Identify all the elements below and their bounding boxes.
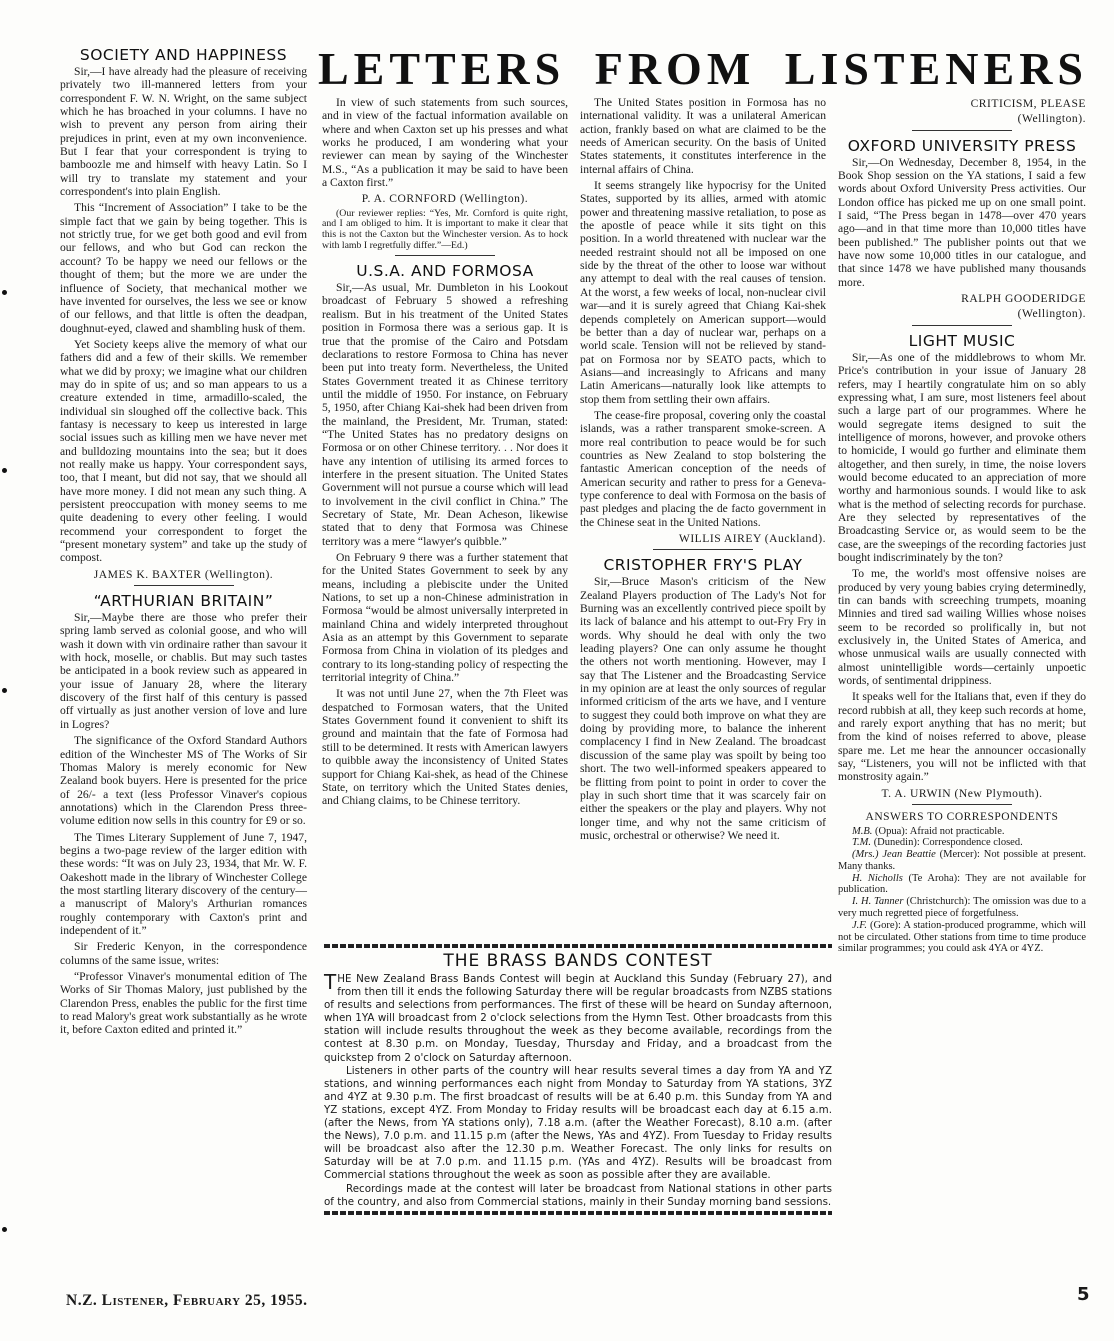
letter-heading-fry: CRISTOPHER FRY'S PLAY bbox=[580, 556, 826, 574]
answers-heading: ANSWERS TO CORRESPONDENTS bbox=[838, 811, 1086, 824]
letter-paragraph: Sir,—I have already had the pleasure of … bbox=[60, 65, 307, 198]
notice-paragraph: Listeners in other parts of the country … bbox=[324, 1065, 832, 1183]
answer-item: M.B. (Opua): Afraid not practicable. bbox=[838, 826, 1086, 838]
letter-paragraph: Sir,—Maybe there are those who prefer th… bbox=[60, 611, 307, 731]
letter-paragraph: Sir,—As one of the middlebrows to whom M… bbox=[838, 351, 1086, 565]
letter-paragraph: Sir,—As usual, Mr. Dumbleton in his Look… bbox=[322, 281, 568, 548]
letter-paragraph: The United States position in Formosa ha… bbox=[580, 96, 826, 176]
page-number: 5 bbox=[1077, 1284, 1090, 1305]
binding-mark bbox=[2, 290, 7, 295]
column-1: SOCIETY AND HAPPINESS Sir,—I have alread… bbox=[60, 44, 307, 1040]
letter-paragraph: The cease-fire proposal, covering only t… bbox=[580, 409, 826, 529]
answer-item: (Mrs.) Jean Beattie (Mercer): Not possib… bbox=[838, 849, 1086, 873]
letter-signature-place: (Wellington). bbox=[838, 112, 1086, 125]
letter-signature: CRITICISM, PLEASE bbox=[838, 97, 1086, 110]
letter-paragraph: Sir Frederic Kenyon, in the corresponden… bbox=[60, 940, 307, 967]
letter-paragraph: In view of such statements from such sou… bbox=[322, 96, 568, 189]
column-3: The United States position in Formosa ha… bbox=[580, 96, 826, 845]
letter-signature-place: (Wellington). bbox=[838, 307, 1086, 320]
publication-name: N.Z. Listener, bbox=[66, 1292, 169, 1309]
answer-item: H. Nicholls (Te Aroha): They are not ava… bbox=[838, 873, 1086, 897]
answer-item: T.M. (Dunedin): Correspondence closed. bbox=[838, 837, 1086, 849]
drop-cap: T bbox=[324, 976, 336, 989]
issue-date: February 25, 1955. bbox=[173, 1292, 307, 1309]
letter-paragraph: To me, the world's most offensive noises… bbox=[838, 567, 1086, 687]
wavy-rule-top bbox=[324, 944, 832, 948]
letter-heading-light-music: LIGHT MUSIC bbox=[838, 332, 1086, 350]
divider bbox=[653, 549, 753, 550]
masthead-title: LETTERS FROM LISTENERS bbox=[318, 44, 1088, 94]
letter-heading-arthurian: “ARTHURIAN BRITAIN” bbox=[60, 592, 307, 610]
letter-paragraph: Sir,—Bruce Mason's criticism of the New … bbox=[580, 575, 826, 842]
page-footer: N.Z. Listener, February 25, 1955. bbox=[66, 1292, 308, 1310]
wavy-rule-bottom bbox=[324, 1211, 832, 1215]
letter-paragraph: The significance of the Oxford Standard … bbox=[60, 734, 307, 827]
letter-signature: JAMES K. BAXTER (Wellington). bbox=[60, 568, 307, 581]
newspaper-page: LETTERS FROM LISTENERS SOCIETY AND HAPPI… bbox=[0, 0, 1114, 1341]
letter-signature: RALPH GOODERIDGE bbox=[838, 292, 1086, 305]
answer-item: I. H. Tanner (Christchurch): The omissio… bbox=[838, 896, 1086, 920]
notice-paragraph: THE New Zealand Brass Bands Contest will… bbox=[324, 973, 832, 1065]
masthead-word: LISTENERS bbox=[785, 44, 1088, 94]
masthead-word: LETTERS bbox=[318, 44, 565, 94]
letter-signature: P. A. CORNFORD (Wellington). bbox=[322, 192, 568, 205]
binding-mark bbox=[2, 468, 7, 473]
letter-heading-formosa: U.S.A. AND FORMOSA bbox=[322, 262, 568, 280]
divider bbox=[912, 804, 1012, 805]
letter-paragraph: This “Increment of Association” I take t… bbox=[60, 201, 307, 334]
divider bbox=[912, 325, 1012, 326]
letter-paragraph: It seems strangely like hypocrisy for th… bbox=[580, 179, 826, 406]
letter-paragraph: It was not until June 27, when the 7th F… bbox=[322, 687, 568, 807]
divider bbox=[395, 255, 495, 256]
letter-paragraph: Sir,—On Wednesday, December 8, 1954, in … bbox=[838, 156, 1086, 289]
letter-paragraph: It speaks well for the Italians that, ev… bbox=[838, 690, 1086, 783]
column-2: In view of such statements from such sou… bbox=[322, 96, 568, 811]
brass-bands-heading: THE BRASS BANDS CONTEST bbox=[324, 952, 832, 970]
masthead-word: FROM bbox=[595, 44, 756, 94]
divider bbox=[912, 130, 1012, 131]
brass-bands-notice: THE BRASS BANDS CONTEST THE New Zealand … bbox=[324, 942, 832, 1217]
letter-heading-society: SOCIETY AND HAPPINESS bbox=[60, 46, 307, 64]
answer-item: J.F. (Gore): A station-produced programm… bbox=[838, 920, 1086, 955]
letter-paragraph: The Times Literary Supplement of June 7,… bbox=[60, 831, 307, 938]
letter-paragraph: “Professor Vinaver's monumental edition … bbox=[60, 970, 307, 1037]
letter-signature: T. A. URWIN (New Plymouth). bbox=[838, 787, 1086, 800]
editor-note: (Our reviewer replies: “Yes, Mr. Cornfor… bbox=[322, 209, 568, 251]
binding-mark bbox=[2, 688, 7, 693]
binding-mark bbox=[2, 1227, 7, 1232]
notice-paragraph: Recordings made at the contest will late… bbox=[324, 1183, 832, 1209]
column-4: CRITICISM, PLEASE (Wellington). OXFORD U… bbox=[838, 96, 1086, 955]
letter-heading-oxford: OXFORD UNIVERSITY PRESS bbox=[838, 137, 1086, 155]
letter-signature: WILLIS AIREY (Auckland). bbox=[580, 532, 826, 545]
divider bbox=[134, 585, 234, 586]
letter-paragraph: On February 9 there was a further statem… bbox=[322, 551, 568, 684]
letter-paragraph: Yet Society keeps alive the memory of wh… bbox=[60, 338, 307, 565]
